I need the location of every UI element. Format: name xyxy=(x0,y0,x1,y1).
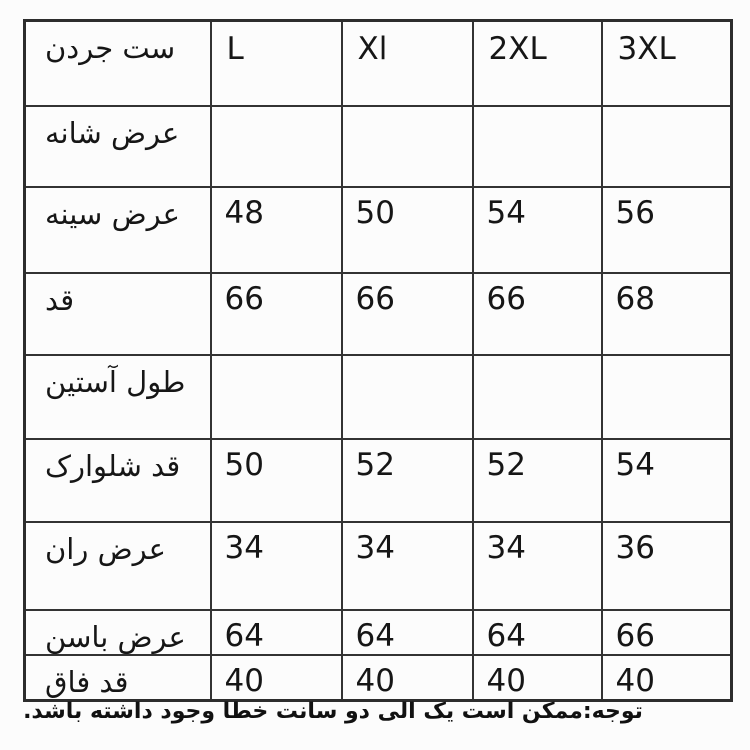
measurement-value: 66 xyxy=(602,610,732,655)
product-title: ست جردن xyxy=(25,21,211,106)
error-disclaimer-note: توجه:ممکن است یک الی دو سانت خطا وجود دا… xyxy=(8,699,658,724)
measurement-value: 40 xyxy=(602,655,732,701)
measurement-label: قد شلوارک xyxy=(25,439,211,522)
table-header-row: ست جردن L Xl 2XL 3XL xyxy=(25,21,732,106)
measurement-value: 66 xyxy=(342,273,473,355)
measurement-value xyxy=(602,355,732,439)
measurement-value: 48 xyxy=(211,187,342,273)
measurement-value: 40 xyxy=(342,655,473,701)
size-header-xl: Xl xyxy=(342,21,473,106)
measurement-value xyxy=(211,355,342,439)
measurement-value xyxy=(473,355,602,439)
table-row: قد 66 66 66 68 xyxy=(25,273,732,355)
measurement-value: 40 xyxy=(473,655,602,701)
measurement-label: قد فاق xyxy=(25,655,211,701)
measurement-value: 68 xyxy=(602,273,732,355)
measurement-value: 50 xyxy=(342,187,473,273)
measurement-value: 40 xyxy=(211,655,342,701)
measurement-label: طول آستین xyxy=(25,355,211,439)
measurement-label: عرض ران xyxy=(25,522,211,610)
measurement-value: 56 xyxy=(602,187,732,273)
measurement-value: 36 xyxy=(602,522,732,610)
measurement-value: 66 xyxy=(211,273,342,355)
measurement-value: 52 xyxy=(473,439,602,522)
measurement-value: 52 xyxy=(342,439,473,522)
measurement-value xyxy=(342,106,473,187)
measurement-label: قد xyxy=(25,273,211,355)
measurement-value xyxy=(473,106,602,187)
size-header-l: L xyxy=(211,21,342,106)
measurement-value: 64 xyxy=(211,610,342,655)
size-header-2xl: 2XL xyxy=(473,21,602,106)
size-header-3xl: 3XL xyxy=(602,21,732,106)
table-row: عرض ران 34 34 34 36 xyxy=(25,522,732,610)
measurement-value: 54 xyxy=(473,187,602,273)
measurement-value: 34 xyxy=(211,522,342,610)
table-row: قد فاق 40 40 40 40 xyxy=(25,655,732,701)
measurement-value: 34 xyxy=(473,522,602,610)
measurement-value xyxy=(602,106,732,187)
table-row: عرض شانه xyxy=(25,106,732,187)
measurement-label: عرض سینه xyxy=(25,187,211,273)
measurement-value xyxy=(342,355,473,439)
table-row: قد شلوارک 50 52 52 54 xyxy=(25,439,732,522)
measurement-label: عرض شانه xyxy=(25,106,211,187)
table-row: عرض باسن 64 64 64 66 xyxy=(25,610,732,655)
measurement-value: 64 xyxy=(473,610,602,655)
measurement-label: عرض باسن xyxy=(25,610,211,655)
measurement-value: 50 xyxy=(211,439,342,522)
size-chart-table: ست جردن L Xl 2XL 3XL عرض شانه عرض سینه 4… xyxy=(23,19,733,702)
measurement-value: 64 xyxy=(342,610,473,655)
table-row: طول آستین xyxy=(25,355,732,439)
measurement-value: 34 xyxy=(342,522,473,610)
measurement-value: 54 xyxy=(602,439,732,522)
measurement-value: 66 xyxy=(473,273,602,355)
measurement-value xyxy=(211,106,342,187)
table-row: عرض سینه 48 50 54 56 xyxy=(25,187,732,273)
